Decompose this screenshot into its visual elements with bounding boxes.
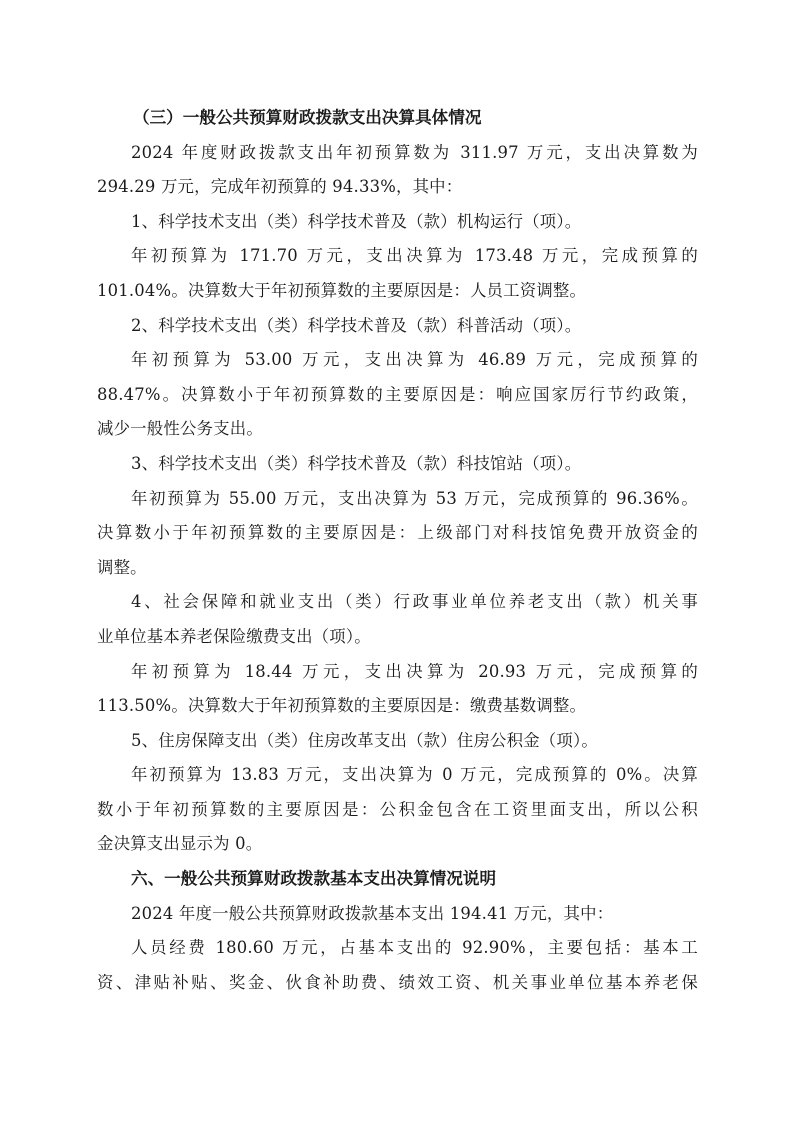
item-detail: 113.50%。决算数大于年初预算数的主要原因是：缴费基数调整。: [97, 689, 698, 724]
personnel-expense-text: 资、津贴补贴、奖金、伙食补助费、绩效工资、机关事业单位基本养老保: [97, 966, 698, 1001]
item-detail: 年初预算为 13.83 万元，支出决算为 0 万元，完成预算的 0%。决算: [97, 758, 698, 793]
personnel-expense-text: 人员经费 180.60 万元，占基本支出的 92.90%，主要包括：基本工: [97, 931, 698, 966]
item-title: 5、住房保障支出（类）住房改革支出（款）住房公积金（项）。: [97, 724, 698, 759]
item-detail: 调整。: [97, 551, 698, 586]
item-title: 业单位基本养老保险缴费支出（项）。: [97, 620, 698, 655]
item-title: 3、科学技术支出（类）科学技术普及（款）科技馆站（项）。: [97, 447, 698, 482]
item-title: 4、社会保障和就业支出（类）行政事业单位养老支出（款）机关事: [97, 585, 698, 620]
item-title: 2、科学技术支出（类）科学技术普及（款）科普活动（项）。: [97, 309, 698, 344]
budget-summary-text: 2024 年度财政拨款支出年初预算数为 311.97 万元，支出决算数为: [97, 136, 698, 171]
item-detail: 年初预算为 53.00 万元，支出决算为 46.89 万元，完成预算的: [97, 343, 698, 378]
item-detail: 年初预算为 18.44 万元，支出决算为 20.93 万元，完成预算的: [97, 655, 698, 690]
item-detail: 减少一般性公务支出。: [97, 412, 698, 447]
basic-expenditure-summary: 2024 年度一般公共预算财政拨款基本支出 194.41 万元，其中：: [97, 897, 698, 932]
item-detail: 决算数小于年初预算数的主要原因是：上级部门对科技馆免费开放资金的: [97, 516, 698, 551]
item-detail: 数小于年初预算数的主要原因是：公积金包含在工资里面支出，所以公积: [97, 793, 698, 828]
item-detail: 年初预算为 55.00 万元，支出决算为 53 万元，完成预算的 96.36%。: [97, 482, 698, 517]
item-detail: 年初预算为 171.70 万元，支出决算为 173.48 万元，完成预算的: [97, 239, 698, 274]
section-heading-general-budget-details: （三）一般公共预算财政拨款支出决算具体情况: [97, 101, 698, 136]
document-page: （三）一般公共预算财政拨款支出决算具体情况 2024 年度财政拨款支出年初预算数…: [97, 101, 698, 1000]
budget-summary-text: 294.29 万元，完成年初预算的 94.33%，其中：: [97, 170, 698, 205]
item-detail: 金决算支出显示为 0。: [97, 827, 698, 862]
item-detail: 101.04%。决算数大于年初预算数的主要原因是：人员工资调整。: [97, 274, 698, 309]
item-title: 1、科学技术支出（类）科学技术普及（款）机构运行（项）。: [97, 205, 698, 240]
section-heading-basic-expenditure: 六、一般公共预算财政拨款基本支出决算情况说明: [97, 862, 698, 897]
item-detail: 88.47%。决算数小于年初预算数的主要原因是：响应国家厉行节约政策，: [97, 378, 698, 413]
